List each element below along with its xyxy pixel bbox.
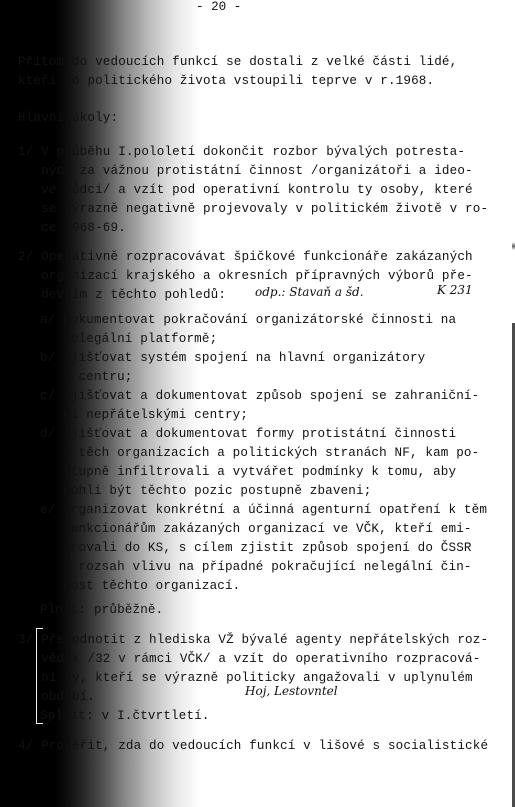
- handwritten-note: odp.: Stavaň a šd.: [255, 285, 364, 299]
- subitem-d-line: d/ zjišťovat a dokumentovat formy protis…: [40, 427, 456, 441]
- subitem-d-line: stupně infiltrovali a vytvářet podmínky …: [40, 465, 456, 479]
- intro-line: Přitom do vedoucích funkcí se dostali z …: [18, 55, 457, 69]
- subitem-c-line: c/ zjišťovat a dokumentovat způsob spoje…: [40, 389, 479, 403]
- subitem-d-line: v těch organizacích a politických straná…: [40, 446, 479, 460]
- subitem-a-line: nelegální platformě;: [40, 332, 217, 346]
- task-1-line: vé vůdci/ a vzít pod operativní kontrolu…: [18, 183, 473, 197]
- task-1-line: 1/ V průběhu I.pololetí dokončit rozbor …: [18, 145, 465, 159]
- subitem-e-line: e/ organizovat konkrétní a účinná agentu…: [40, 503, 487, 517]
- section-heading: Hlavní úkoly:: [18, 111, 118, 125]
- subitem-e-line: nost těchto organizací.: [40, 579, 240, 593]
- task-1-line: ce 1968-69.: [18, 221, 126, 235]
- page-number: - 20 -: [196, 0, 241, 14]
- subitem-b-line: b/ zjišťovat systém spojení na hlavní or…: [40, 351, 425, 365]
- task-1-line: se výrazně negativně projevovaly v polit…: [18, 202, 488, 216]
- task-4-line: 4/ Prověřit, zda do vedoucích funkcí v l…: [18, 739, 488, 753]
- task-2-line: 2/ Operativně rozpracovávat špičkové fun…: [18, 250, 473, 264]
- task-3-line: období.: [18, 690, 95, 704]
- handwritten-note: Hoj, Lestovntel: [245, 684, 338, 698]
- task-2-deadline: Plnit: průběžně.: [40, 603, 163, 617]
- task-3-line: 3/ Přehodnotit z hlediska VŽ bývalé agen…: [18, 633, 488, 647]
- task-2-line: devším z těchto pohledů:: [18, 288, 226, 302]
- subitem-c-line: mi nepřátelskými centry;: [40, 408, 248, 422]
- task-3-line: vědek /32 v rámci VČK/ a vzít do operati…: [18, 652, 480, 666]
- subitem-b-line: v centru;: [40, 370, 133, 384]
- subitem-a-line: a/ dokumentovat pokračování organizátors…: [40, 313, 456, 327]
- handwritten-code: K 231: [437, 283, 473, 297]
- subitem-d-line: mohli být těchto pozic postupně zbaveni;: [40, 484, 371, 498]
- scanned-document-page: - 20 - Přitom do vedoucích funkcí se dos…: [0, 0, 515, 807]
- task-3-deadline: Splnit: v I.čtvrtletí.: [40, 709, 210, 723]
- task-3-line: ní ty, kteří se výrazně politicky angažo…: [18, 671, 473, 685]
- subitem-e-line: a rozsah vlivu na případné pokračující n…: [40, 560, 472, 574]
- task-2-line: organizací krajského a okresních příprav…: [18, 269, 473, 283]
- intro-line: kteří do politického života vstoupili te…: [18, 74, 434, 88]
- subitem-e-line: grovali do KS, s cílem zjistit způsob sp…: [40, 541, 472, 555]
- subitem-e-line: funkcionářům zakázaných organizací ve VČ…: [40, 522, 472, 536]
- task-1-line: ných za vážnou protistátní činnost /orga…: [18, 164, 473, 178]
